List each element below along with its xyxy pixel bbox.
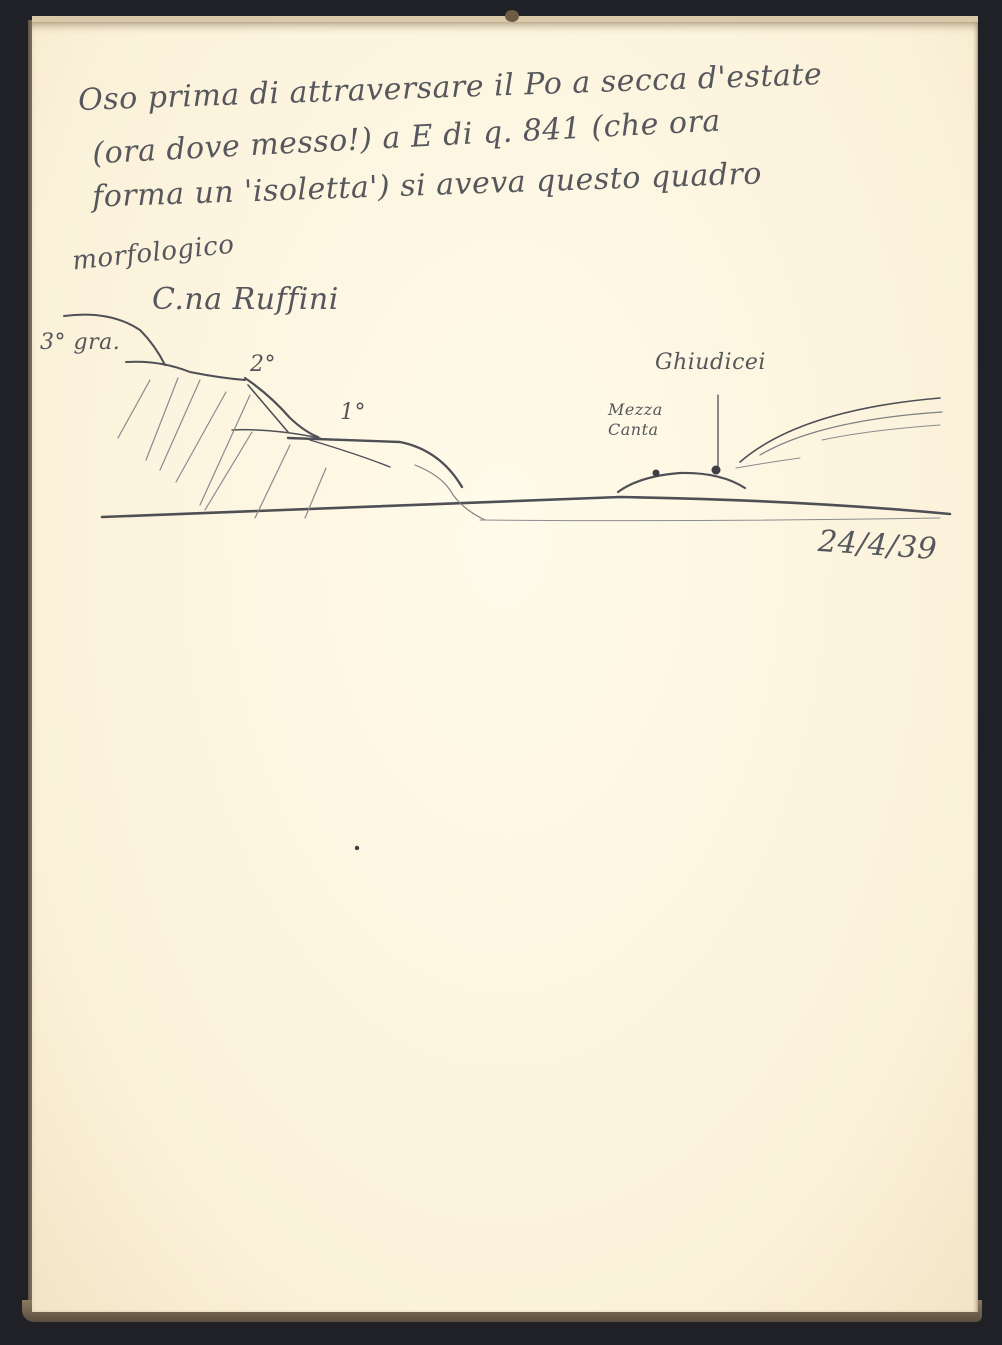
label-terrace-1: 1° <box>340 400 366 425</box>
label-cascina-ruffini: C.na Ruffini <box>152 282 339 317</box>
scanned-notebook-page: Oso prima di attraversare il Po a secca … <box>0 0 1002 1345</box>
label-giudicei: Ghiudicei <box>655 350 766 375</box>
label-mezza-canta: Mezza Canta <box>608 400 698 440</box>
label-terrace-3: 3° gra. <box>40 330 120 355</box>
label-terrace-2: 2° <box>250 352 276 377</box>
binding-mark <box>505 10 519 22</box>
